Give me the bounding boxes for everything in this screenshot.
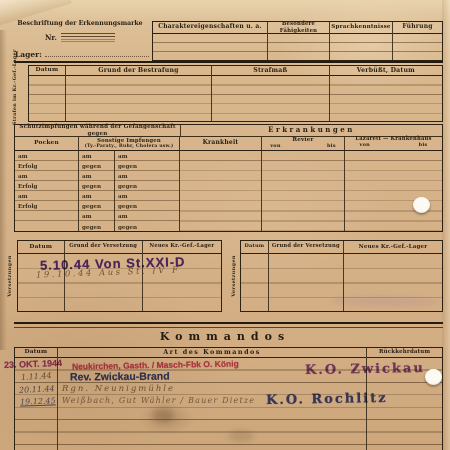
col-smallpox: Pocken [15, 137, 79, 150]
empty-rows [29, 76, 65, 121]
vacc-cell: gegen [79, 181, 114, 191]
handwritten-date: 19.12.45 [20, 396, 56, 406]
empty-rows [330, 34, 392, 60]
vacc-cell: Erfolg [15, 181, 78, 191]
vacc-cell: gegen [79, 161, 114, 171]
transfers-col-date: Datum [18, 241, 64, 254]
vacc-cell: am [15, 191, 78, 201]
von-label: von [270, 144, 280, 150]
vacc-cell: Erfolg [15, 201, 78, 211]
tag-inscription-label: Beschriftung der Erkennungsmarke [16, 20, 144, 27]
transfers-col-newcamp: Neues Kr.-Gef.-Lager [143, 241, 221, 254]
strafen-col-date: Datum [29, 66, 65, 76]
vacc-cell: am [115, 191, 179, 201]
traits-table: Charaktereigenschaften u. a. Besondere F… [152, 21, 443, 61]
vacc-cell: am [79, 211, 114, 221]
traits-col-conduct: Führung [393, 22, 442, 34]
empty-rows [153, 34, 267, 60]
strafen-col-reason: Grund der Bestrafung [66, 66, 211, 76]
punishments-table: Datum Grund der Bestrafung Strafmaß Verb… [28, 65, 443, 122]
vacc-cell: gegen [115, 181, 179, 191]
bis-label: bis [327, 144, 336, 150]
bis-label: bis [419, 143, 428, 149]
control-office-stamp-zwickau: K.O. Zwickau [305, 361, 425, 378]
transfers-col-newcamp: Neues Kr.-Gef.-Lager [344, 241, 442, 254]
pow-record-card: Beschriftung der Erkennungsmarke Nr. Lag… [0, 0, 450, 450]
vacc-cell: Erfolg [15, 161, 78, 171]
vacc-cell: gegen [115, 221, 179, 231]
traits-col-character: Charaktereigenschaften u. a. [153, 22, 267, 34]
vacc-cell: am [15, 171, 78, 181]
vaccinations-title: Schutzimpfungen während der Gefangenscha… [15, 125, 181, 136]
vacc-cell [15, 221, 78, 231]
empty-rows [344, 254, 442, 311]
vacc-cell: am [115, 171, 179, 181]
kommandos-title: Kommandos [0, 330, 450, 343]
transfers-left-side-label: Versetzungen [7, 248, 13, 304]
von-label: von [360, 143, 370, 149]
vacc-cell: am [79, 191, 114, 201]
vacc-cell: am [79, 151, 114, 161]
camp-blank-line [45, 49, 149, 57]
transfers-right-side-label: Versetzungen [231, 248, 237, 304]
handwritten-work-detail: Rgn. Neunigmühle [62, 384, 175, 394]
handwritten-date: 20.11.44 [19, 384, 55, 395]
vacc-cell: gegen [79, 201, 114, 211]
vacc-col-pocken-body: am Erfolg am Erfolg am Erfolg [15, 151, 79, 231]
traits-col-languages: Sprachkenntnisse [330, 22, 392, 34]
infirmary-stamp: Rev. Zwickau-Brand [70, 371, 170, 384]
empty-rows [330, 76, 442, 121]
illness-col-body [180, 151, 262, 231]
punch-hole [413, 197, 430, 213]
vacc-cell: am [115, 211, 179, 221]
empty-rows [66, 76, 211, 121]
transfers-col-reason: Grund der Versetzung [65, 241, 142, 254]
col-infirmary: Revier von bis [262, 137, 345, 150]
kommandos-col-return-date: Rückkehrdatum [367, 348, 442, 358]
punch-hole [425, 369, 442, 385]
transfers-col-reason: Grund der Versetzung [269, 241, 343, 254]
transfers-col-date: Datum [241, 241, 268, 254]
empty-rows [393, 34, 442, 60]
vacc-cell: gegen [79, 221, 114, 231]
col-illness: Krankheit [180, 137, 262, 150]
col-other-vaccinations: Sonstige Impfungen (Ty.-Paraty., Ruhr, C… [79, 137, 180, 150]
hospital-col-body [345, 151, 442, 231]
nr-blank-lines [61, 33, 115, 42]
illnesses-title: Erkrankungen [181, 125, 442, 136]
vacc-cell [15, 211, 78, 221]
other-vacc-line2: (Ty.-Paraty., Ruhr, Cholera usw.) [85, 144, 174, 149]
traits-col-abilities: Besondere Fähigkeiten [268, 22, 329, 34]
transfers-table-right: Datum Grund der Versetzung Neues Kr.-Gef… [240, 240, 443, 312]
vacc-col-sonstige2-body: am gegen am gegen am gegen am gegen [115, 151, 180, 231]
nr-label: Nr. [45, 33, 57, 42]
vacc-col-sonstige1-body: am gegen am gegen am gegen am gegen [79, 151, 115, 231]
infirmary-col-body [262, 151, 345, 231]
empty-rows [212, 76, 328, 121]
strafen-col-served: Verbüßt, Datum [330, 66, 442, 76]
strafen-col-sentence: Strafmaß [212, 66, 328, 76]
kommandos-col-date: Datum [15, 348, 57, 358]
kommandos-col-type: Art des Kommandos [58, 348, 367, 358]
vacc-cell: am [79, 171, 114, 181]
vacc-cell: am [115, 151, 179, 161]
col-hospital: Lazarett — Krankenhaus von bis [345, 137, 442, 150]
section-divider [14, 322, 443, 324]
fold-crease [442, 0, 450, 450]
vacc-cell: gegen [115, 201, 179, 211]
section-divider [14, 61, 443, 63]
vacc-cell: gegen [115, 161, 179, 171]
page-edge-shadow [0, 30, 7, 350]
empty-rows [269, 254, 343, 311]
vaccinations-illnesses-section: Schutzimpfungen während der Gefangenscha… [14, 124, 443, 232]
camp-label: Lager: [15, 50, 42, 59]
date-stamp: 23. OKT. 1944 [4, 358, 62, 370]
section-divider-thin [14, 327, 443, 328]
punishments-side-label: Strafen im Kr.-Gef.-Lager [12, 61, 18, 125]
vacc-cell: am [15, 151, 78, 161]
empty-rows [241, 254, 268, 311]
handwritten-work-detail: Weißbach, Gut Wähler / Bauer Dietze [62, 396, 255, 405]
empty-rows [268, 34, 329, 60]
control-office-stamp-rochlitz: K.O. Rochlitz [266, 391, 388, 408]
